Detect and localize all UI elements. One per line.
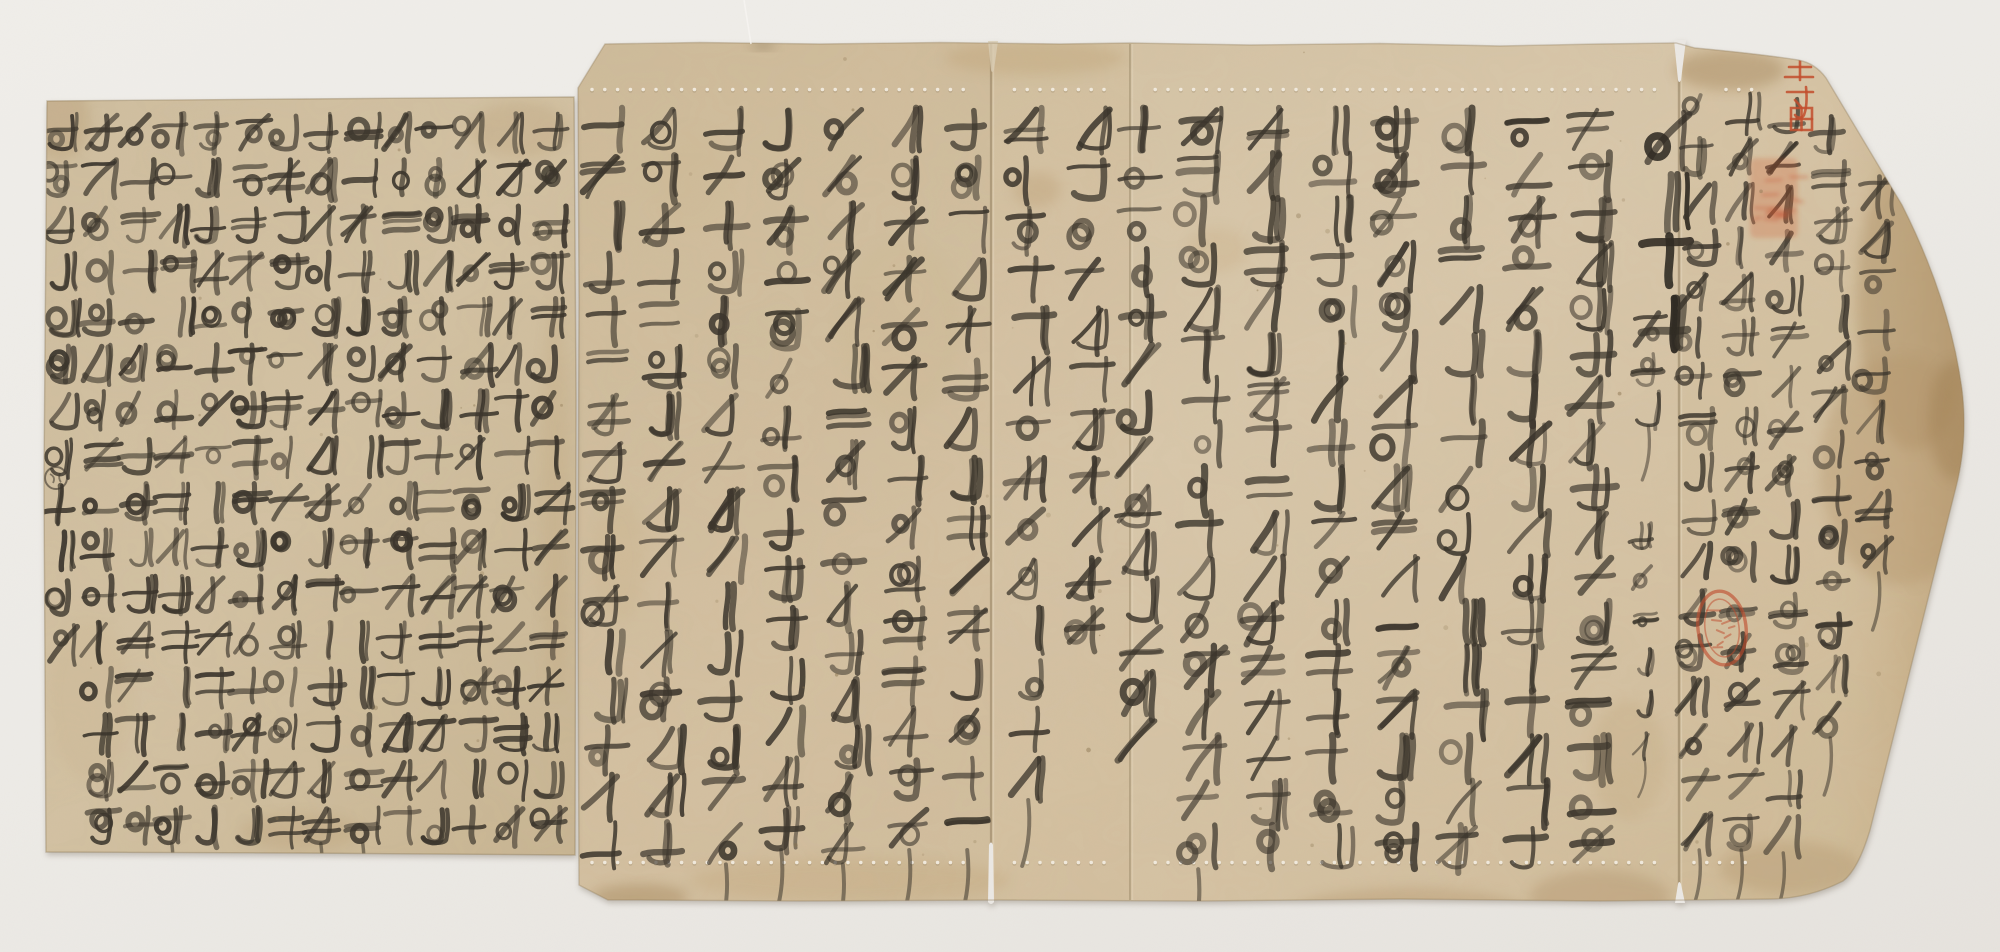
main-lettersheet xyxy=(578,40,1981,940)
detached-left-sheet xyxy=(30,80,577,901)
letter-artwork xyxy=(0,0,2000,952)
letter-photograph: Handwritten Korean letter (vertical curs… xyxy=(0,0,2000,952)
left-sheet-detail xyxy=(30,80,577,901)
main-sheet-detail xyxy=(578,40,1981,940)
background-crease xyxy=(744,0,751,44)
